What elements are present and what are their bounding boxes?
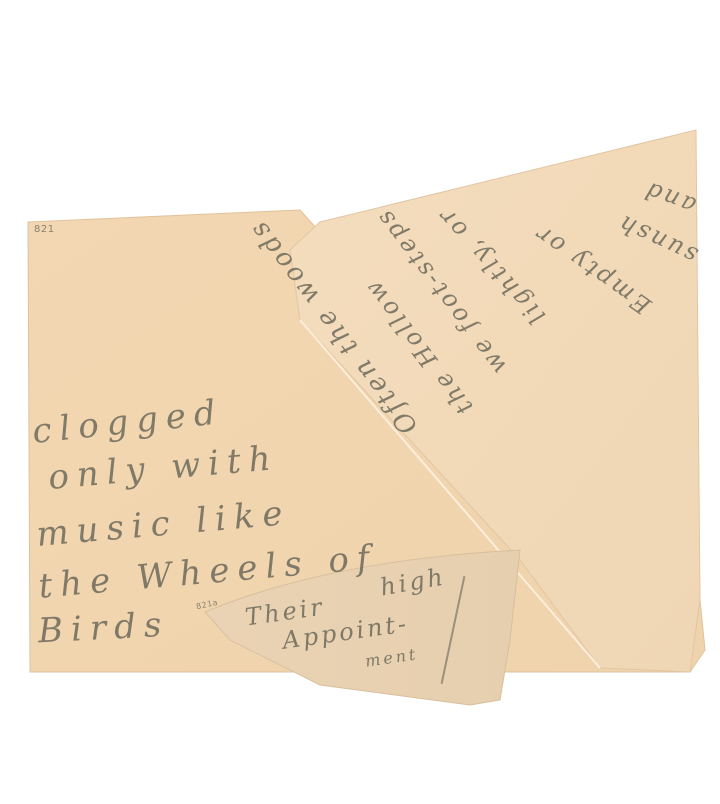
catalog-number: 821	[34, 224, 55, 235]
manuscript-photo: 821 821a clogged only with music like th…	[0, 0, 720, 804]
paper-sheets	[0, 0, 720, 804]
manuscript-line: Birds	[37, 605, 170, 652]
